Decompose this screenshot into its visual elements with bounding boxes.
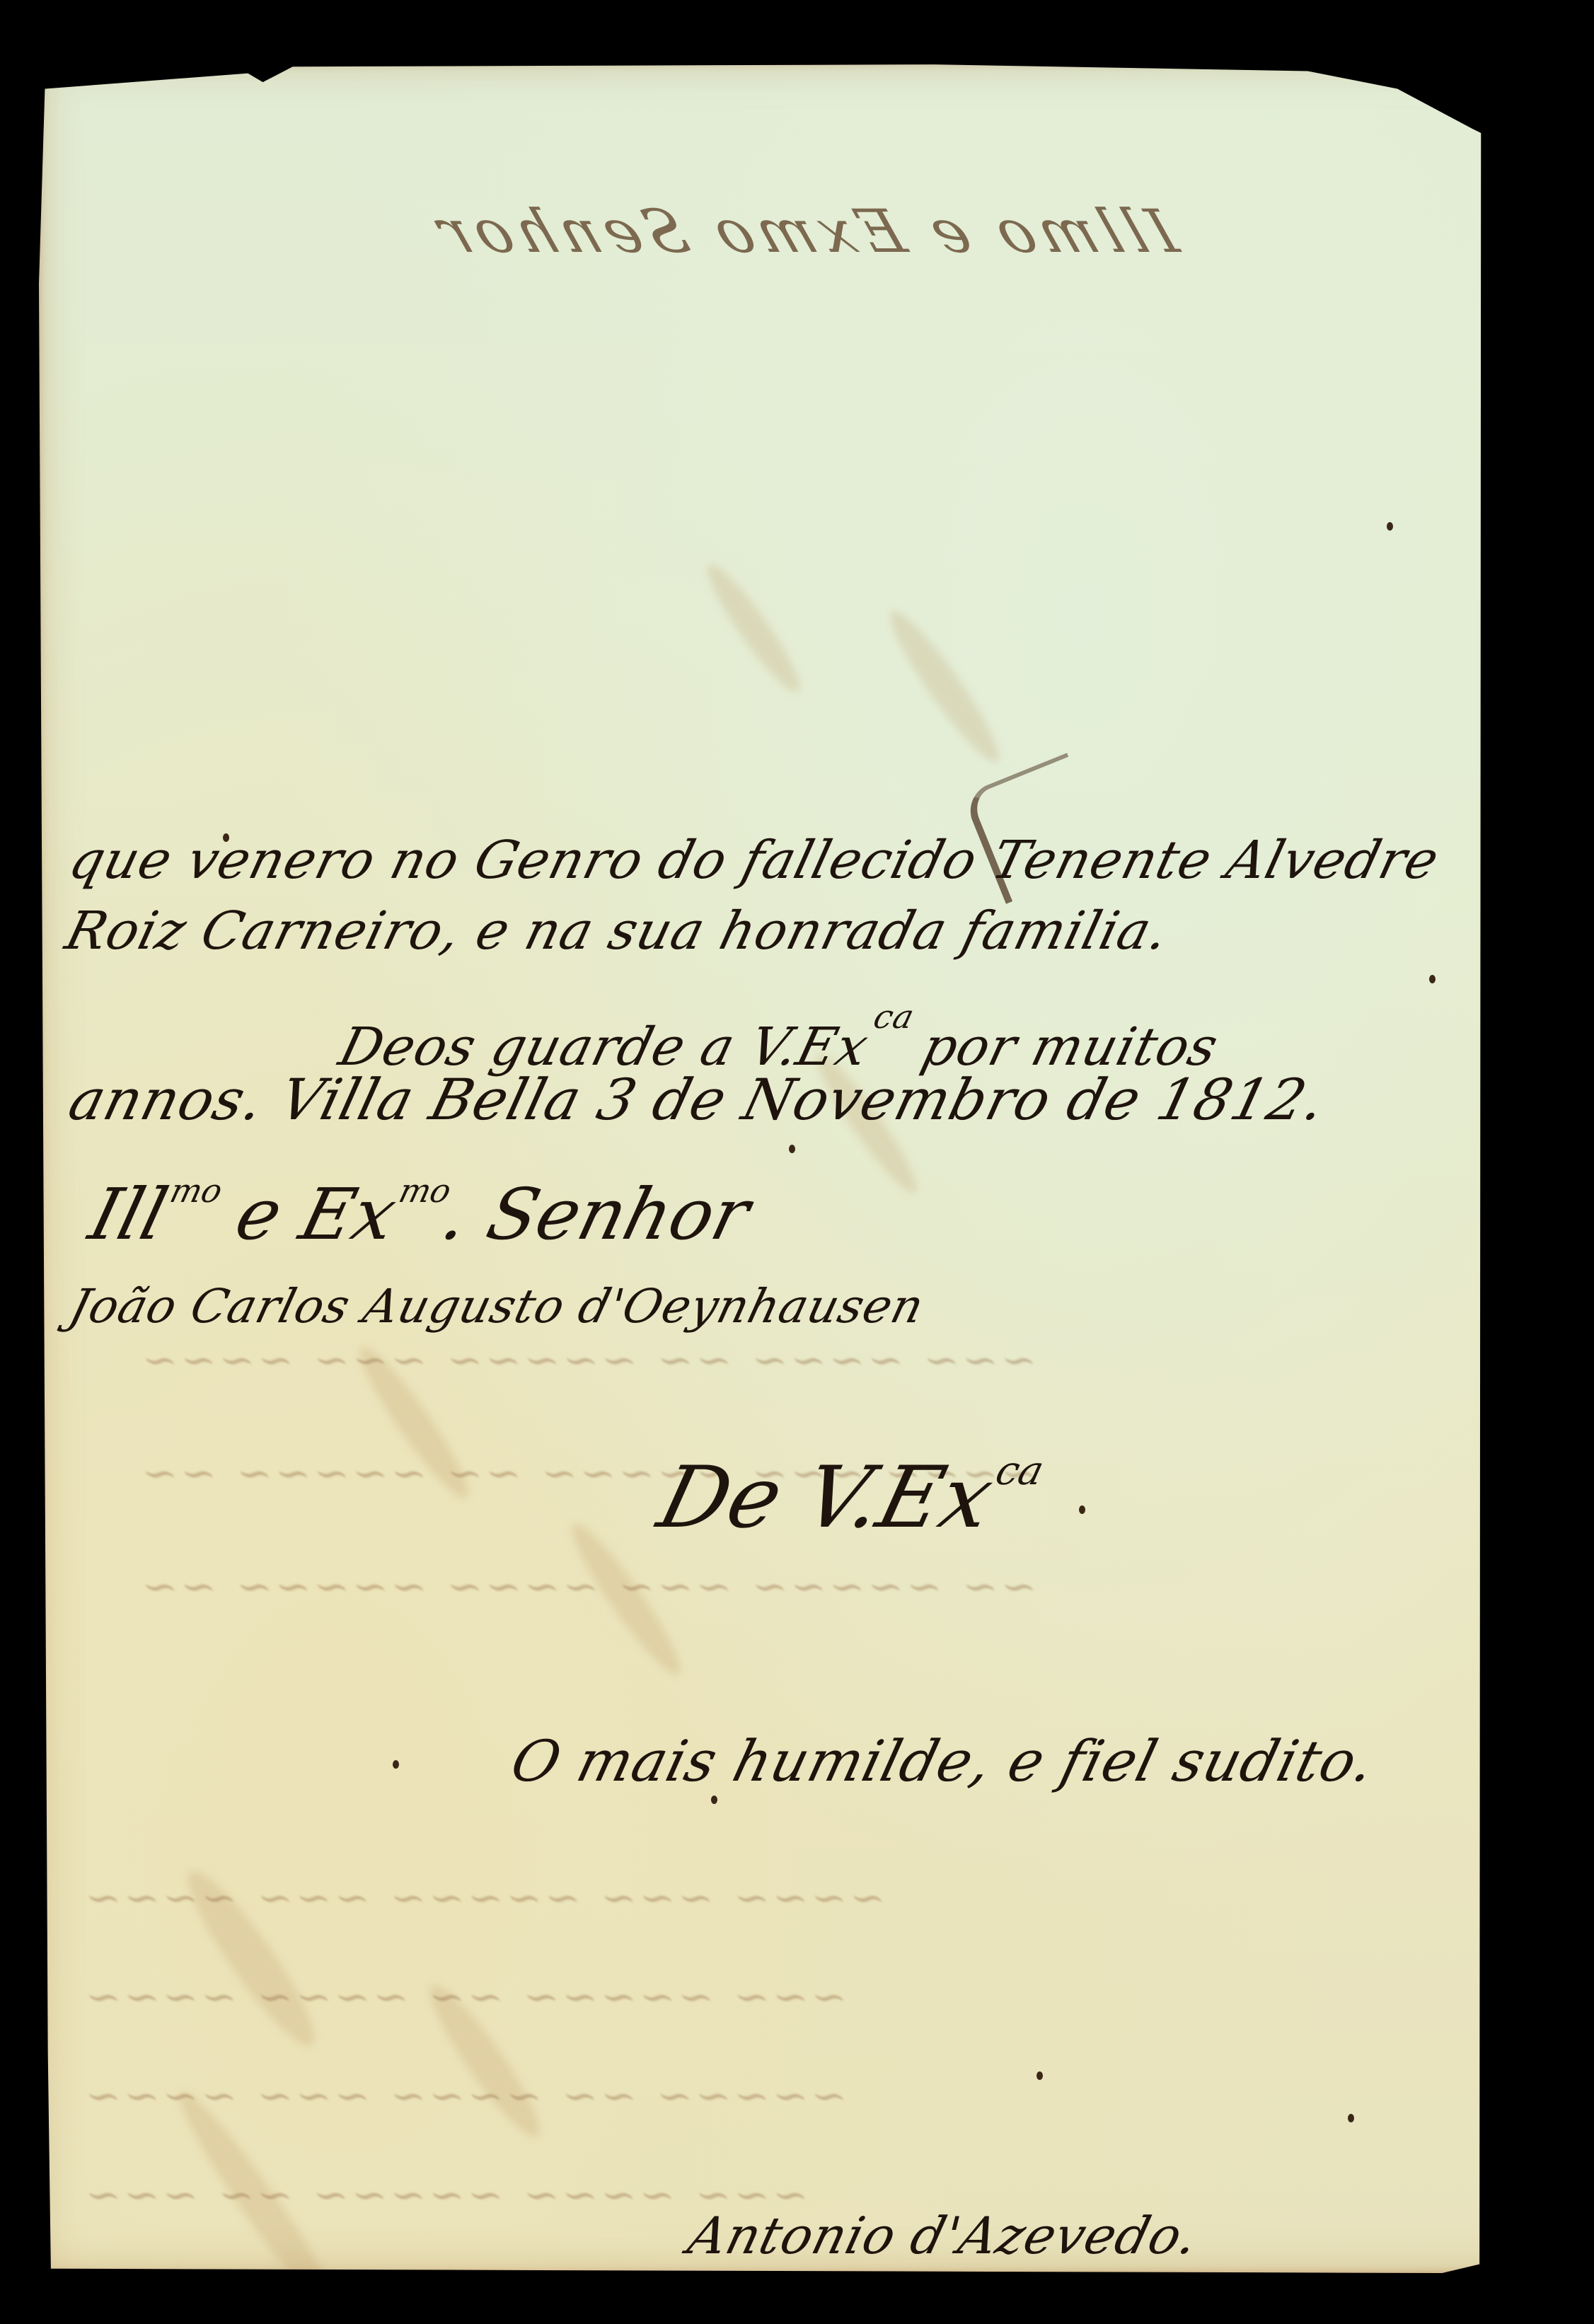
subscription: O mais humilde, e fiel sudito. xyxy=(504,1728,1381,1794)
ink-speck xyxy=(1079,1505,1085,1514)
manuscript-page: ~~~ ~~~~ ~~ ~~~~~ ~~~ ~~~~ ~~~~ ~~~ ~~~~… xyxy=(39,62,1532,2273)
ink-speck xyxy=(1429,975,1436,983)
bleed-through-text: ~~~~~ ~~ ~~~~ ~~~ ~~~~ xyxy=(74,2071,854,2120)
salutation-part: . Senhor xyxy=(434,1173,758,1256)
valediction: De V.Exca xyxy=(649,1449,1049,1547)
bleed-through-salutation: Illmo e Exmo Senhor xyxy=(422,197,1186,266)
bleed-through-text: ~~~ ~~~~ ~~ ~~~~~ ~~~ ~~~~ xyxy=(130,1336,1044,1384)
ink-speck xyxy=(789,1145,795,1153)
salutation-superscript: mo xyxy=(395,1172,456,1210)
body-line-1: que venero no Genro do fallecido Tenente… xyxy=(63,830,1445,891)
salutation-superscript: mo xyxy=(166,1172,226,1210)
ink-speck xyxy=(1348,2114,1354,2122)
addressee-salutation: Illmo e Exmo. Senhor xyxy=(81,1173,758,1256)
salutation-part: e Ex xyxy=(205,1173,404,1256)
closing-line-2-date: annos. Villa Bella 3 de Novembro de 1812… xyxy=(62,1067,1332,1133)
addressee-name: João Carlos Augusto d'Oeynhausen xyxy=(64,1279,930,1334)
valediction-text: De V.Ex xyxy=(649,1449,1003,1547)
salutation-part: Ill xyxy=(81,1173,175,1256)
stain xyxy=(879,602,1010,771)
stain xyxy=(698,556,810,700)
ink-speck xyxy=(711,1796,717,1804)
ink-speck xyxy=(393,1760,399,1769)
bleed-through-text: ~~~ ~~~~~ ~~ ~~~~ ~~~~ xyxy=(74,1972,854,2021)
ink-speck xyxy=(1036,2071,1043,2080)
bleed-through-text: ~~~~ ~~~ ~~~~~ ~~~ ~~~~ xyxy=(74,1873,892,1921)
signature: Antonio d'Azevedo. xyxy=(683,2206,1205,2265)
bleed-through-text: ~~ ~~~~~ ~~~ ~~~~ ~~~~~ ~~ xyxy=(130,1562,1044,1610)
body-line-2: Roiz Carneiro, e na sua honrada familia. xyxy=(59,901,1175,961)
ink-speck xyxy=(1387,522,1393,531)
